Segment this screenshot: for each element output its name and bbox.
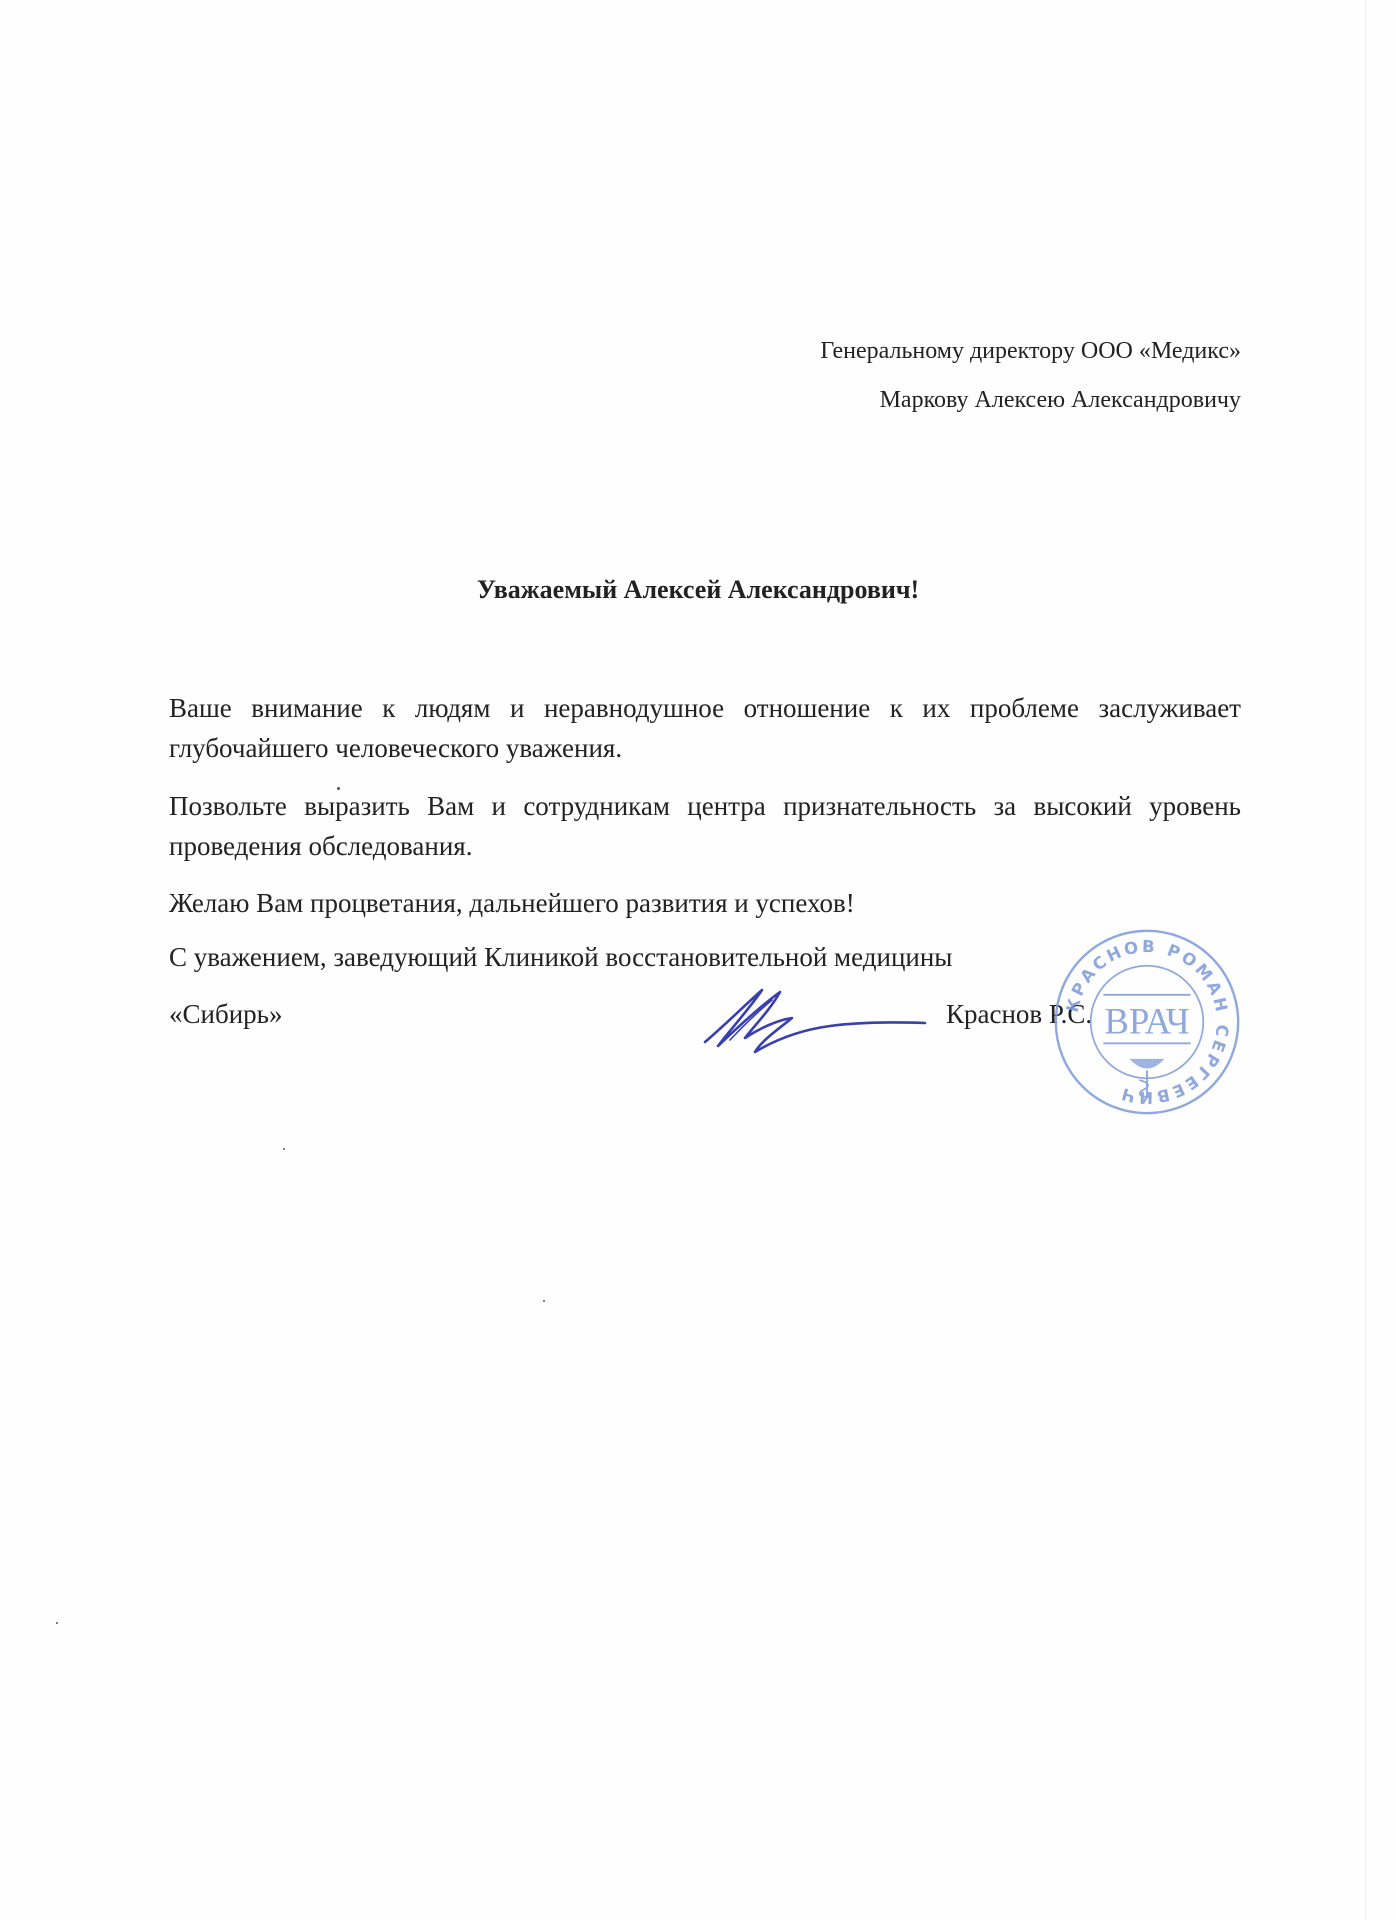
handwritten-signature-icon bbox=[700, 980, 930, 1060]
svg-text:ВРАЧ: ВРАЧ bbox=[1104, 1001, 1189, 1042]
addressee-position: Генеральному директору ООО «Медикс» bbox=[820, 338, 1241, 365]
doctor-stamp-icon: КРАСНОВ РОМАН СЕРГЕЕВИЧ ВРАЧ bbox=[1050, 925, 1244, 1119]
paragraph-wishes: Желаю Вам процветания, дальнейшего разви… bbox=[169, 883, 1241, 923]
scan-speck bbox=[56, 1622, 58, 1624]
scan-speck bbox=[283, 1148, 285, 1150]
clinic-name: «Сибирь» bbox=[169, 999, 282, 1030]
page-edge-shadow bbox=[1365, 0, 1366, 1920]
addressee-name: Маркову Алексею Александровичу bbox=[880, 387, 1241, 414]
paragraph-appreciation: Позвольте выразить Вам и сотрудникам цен… bbox=[169, 786, 1241, 866]
letter-page: Генеральному директору ООО «Медикс» Марк… bbox=[0, 0, 1396, 1920]
salutation-heading: Уважаемый Алексей Александрович! bbox=[0, 575, 1396, 605]
scan-speck bbox=[337, 787, 340, 790]
paragraph-gratitude: Ваше внимание к людям и неравнодушное от… bbox=[169, 688, 1241, 768]
scan-speck bbox=[543, 1300, 545, 1302]
